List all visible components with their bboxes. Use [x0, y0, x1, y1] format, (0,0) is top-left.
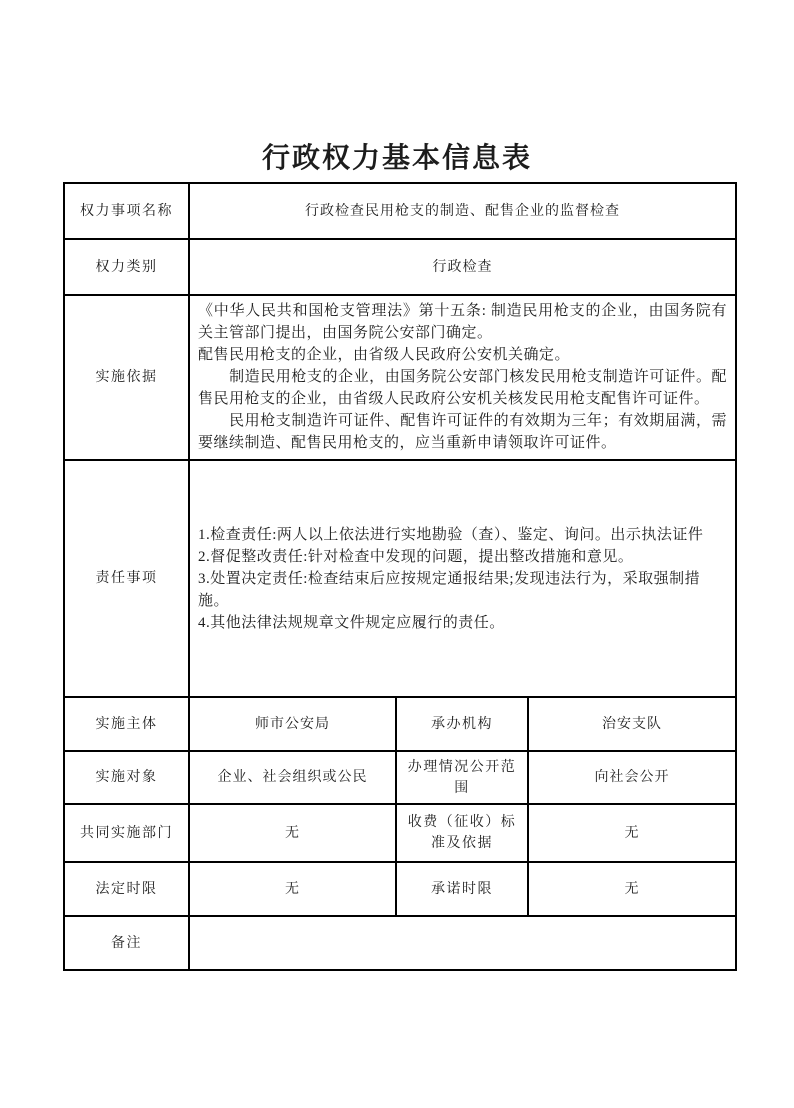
implementation-basis-value: 《中华人民共和国枪支管理法》第十五条: 制造民用枪支的企业，由国务院有关主管部门… — [189, 295, 736, 460]
basis-paragraph: 《中华人民共和国枪支管理法》第十五条: 制造民用枪支的企业，由国务院有关主管部门… — [198, 300, 727, 344]
row-label-undertaking-agency: 承办机构 — [396, 697, 528, 751]
disclosure-scope-value: 向社会公开 — [528, 751, 736, 804]
page-title: 行政权力基本信息表 — [0, 136, 794, 176]
document-page: 行政权力基本信息表 权力事项名称 行政检查民用枪支的制造、配售企业的监督检查 权… — [0, 0, 794, 1108]
table-row: 实施依据 《中华人民共和国枪支管理法》第十五条: 制造民用枪支的企业，由国务院有… — [64, 295, 736, 460]
basis-paragraph: 配售民用枪支的企业，由省级人民政府公安机关确定。 — [198, 344, 727, 366]
row-label-remarks: 备注 — [64, 916, 189, 970]
table-row: 实施对象 企业、社会组织或公民 办理情况公开范围 向社会公开 — [64, 751, 736, 804]
implementing-body-value: 师市公安局 — [189, 697, 396, 751]
table-row: 权力事项名称 行政检查民用枪支的制造、配售企业的监督检查 — [64, 183, 736, 239]
table-row: 共同实施部门 无 收费（征收）标准及依据 无 — [64, 804, 736, 862]
fee-standard-value: 无 — [528, 804, 736, 862]
row-label-joint-departments: 共同实施部门 — [64, 804, 189, 862]
table-row: 权力类别 行政检查 — [64, 239, 736, 295]
undertaking-agency-value: 治安支队 — [528, 697, 736, 751]
duty-item: 1.检查责任:两人以上依法进行实地勘验（查）、鉴定、询问。出示执法证件 — [198, 524, 727, 546]
table-row: 备注 — [64, 916, 736, 970]
basis-paragraph: 民用枪支制造许可证件、配售许可证件的有效期为三年；有效期届满，需要继续制造、配售… — [198, 410, 727, 454]
table-row: 责任事项 1.检查责任:两人以上依法进行实地勘验（查）、鉴定、询问。出示执法证件… — [64, 460, 736, 697]
row-label-promised-time-limit: 承诺时限 — [396, 862, 528, 916]
row-label-implementing-body: 实施主体 — [64, 697, 189, 751]
promised-time-limit-value: 无 — [528, 862, 736, 916]
row-label-responsibility-items: 责任事项 — [64, 460, 189, 697]
power-category-value: 行政检查 — [189, 239, 736, 295]
row-label-power-category: 权力类别 — [64, 239, 189, 295]
statutory-time-limit-value: 无 — [189, 862, 396, 916]
duty-item: 4.其他法律法规规章文件规定应履行的责任。 — [198, 612, 727, 634]
basis-paragraph: 制造民用枪支的企业，由国务院公安部门核发民用枪支制造许可证件。配售民用枪支的企业… — [198, 366, 727, 410]
info-table: 权力事项名称 行政检查民用枪支的制造、配售企业的监督检查 权力类别 行政检查 实… — [63, 182, 737, 971]
responsibility-items-value: 1.检查责任:两人以上依法进行实地勘验（查）、鉴定、询问。出示执法证件 2.督促… — [189, 460, 736, 697]
row-label-statutory-time-limit: 法定时限 — [64, 862, 189, 916]
duty-item: 2.督促整改责任:针对检查中发现的问题，提出整改措施和意见。 — [198, 546, 727, 568]
table-row: 法定时限 无 承诺时限 无 — [64, 862, 736, 916]
implementation-target-value: 企业、社会组织或公民 — [189, 751, 396, 804]
row-label-implementation-target: 实施对象 — [64, 751, 189, 804]
row-label-power-item-name: 权力事项名称 — [64, 183, 189, 239]
power-item-name-value: 行政检查民用枪支的制造、配售企业的监督检查 — [189, 183, 736, 239]
row-label-disclosure-scope: 办理情况公开范围 — [396, 751, 528, 804]
remarks-value — [189, 916, 736, 970]
table-row: 实施主体 师市公安局 承办机构 治安支队 — [64, 697, 736, 751]
joint-departments-value: 无 — [189, 804, 396, 862]
row-label-implementation-basis: 实施依据 — [64, 295, 189, 460]
duty-item: 3.处置决定责任:检查结束后应按规定通报结果;发现违法行为，采取强制措施。 — [198, 568, 727, 612]
row-label-fee-standard: 收费（征收）标准及依据 — [396, 804, 528, 862]
